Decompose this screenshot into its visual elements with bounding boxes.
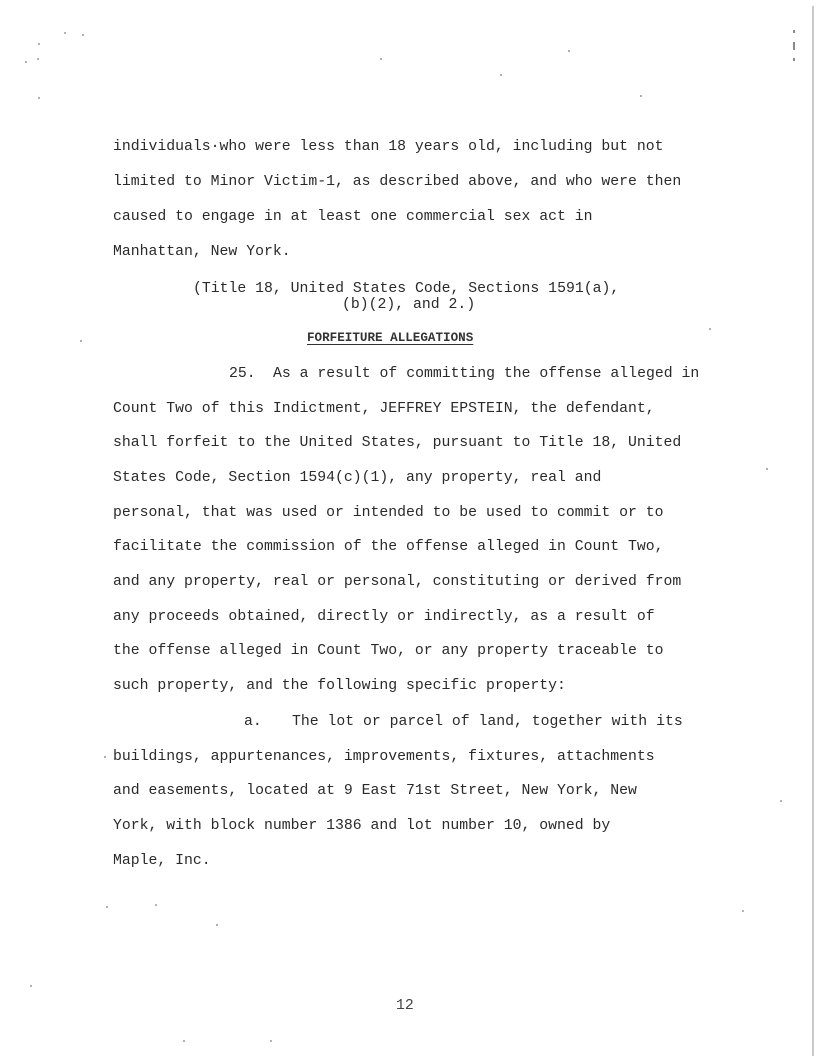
- scan-speck: [183, 1040, 185, 1042]
- body-line: the offense alleged in Count Two, or any…: [113, 642, 664, 660]
- body-line: shall forfeit to the United States, purs…: [113, 434, 681, 452]
- scan-mark: [793, 42, 795, 50]
- scan-speck: [38, 97, 40, 99]
- page-number: 12: [396, 997, 414, 1015]
- scan-speck: [500, 74, 502, 76]
- scan-speck: [82, 34, 84, 36]
- body-line: and easements, located at 9 East 71st St…: [113, 782, 637, 800]
- body-line: Manhattan, New York.: [113, 243, 291, 261]
- scan-speck: [780, 800, 782, 802]
- item-label: a.: [244, 713, 262, 731]
- scan-speck: [380, 58, 382, 60]
- scan-speck: [766, 468, 768, 470]
- scan-speck: [25, 61, 27, 63]
- scan-speck: [106, 906, 108, 908]
- body-line: personal, that was used or intended to b…: [113, 504, 664, 522]
- scan-speck: [155, 904, 157, 906]
- scan-speck: [38, 43, 40, 45]
- page-edge-shadow: [812, 6, 814, 1056]
- body-line: States Code, Section 1594(c)(1), any pro…: [113, 469, 601, 487]
- body-line: such property, and the following specifi…: [113, 677, 566, 695]
- scan-speck: [640, 95, 642, 97]
- scan-speck: [64, 32, 66, 34]
- document-page: individuals·who were less than 18 years …: [0, 0, 817, 1056]
- body-line: any proceeds obtained, directly or indir…: [113, 608, 655, 626]
- scan-mark: [793, 58, 795, 61]
- scan-speck: [709, 328, 711, 330]
- body-line: limited to Minor Victim-1, as described …: [113, 173, 681, 191]
- scan-speck: [37, 58, 39, 60]
- scan-speck: [216, 924, 218, 926]
- body-line: buildings, appurtenances, improvements, …: [113, 748, 655, 766]
- body-line: caused to engage in at least one commerc…: [113, 208, 593, 226]
- body-line: The lot or parcel of land, together with…: [292, 713, 683, 731]
- scan-speck: [104, 756, 106, 758]
- section-heading: FORFEITURE ALLEGATIONS: [307, 330, 473, 346]
- scan-speck: [742, 910, 744, 912]
- statute-citation-line-1: (Title 18, United States Code, Sections …: [193, 281, 619, 297]
- statute-citation-line-2: (b)(2), and 2.): [342, 297, 475, 313]
- scan-speck: [270, 1040, 272, 1042]
- body-line: Maple, Inc.: [113, 852, 211, 870]
- scan-speck: [80, 340, 82, 342]
- body-line: As a result of committing the offense al…: [273, 365, 699, 383]
- scan-speck: [568, 50, 570, 52]
- scan-mark: [793, 30, 795, 33]
- paragraph-number: 25.: [229, 365, 256, 383]
- body-line: Count Two of this Indictment, JEFFREY EP…: [113, 400, 655, 418]
- body-line: individuals·who were less than 18 years …: [113, 138, 664, 156]
- body-line: facilitate the commission of the offense…: [113, 538, 664, 556]
- scan-speck: [30, 985, 32, 987]
- body-line: York, with block number 1386 and lot num…: [113, 817, 610, 835]
- body-line: and any property, real or personal, cons…: [113, 573, 681, 591]
